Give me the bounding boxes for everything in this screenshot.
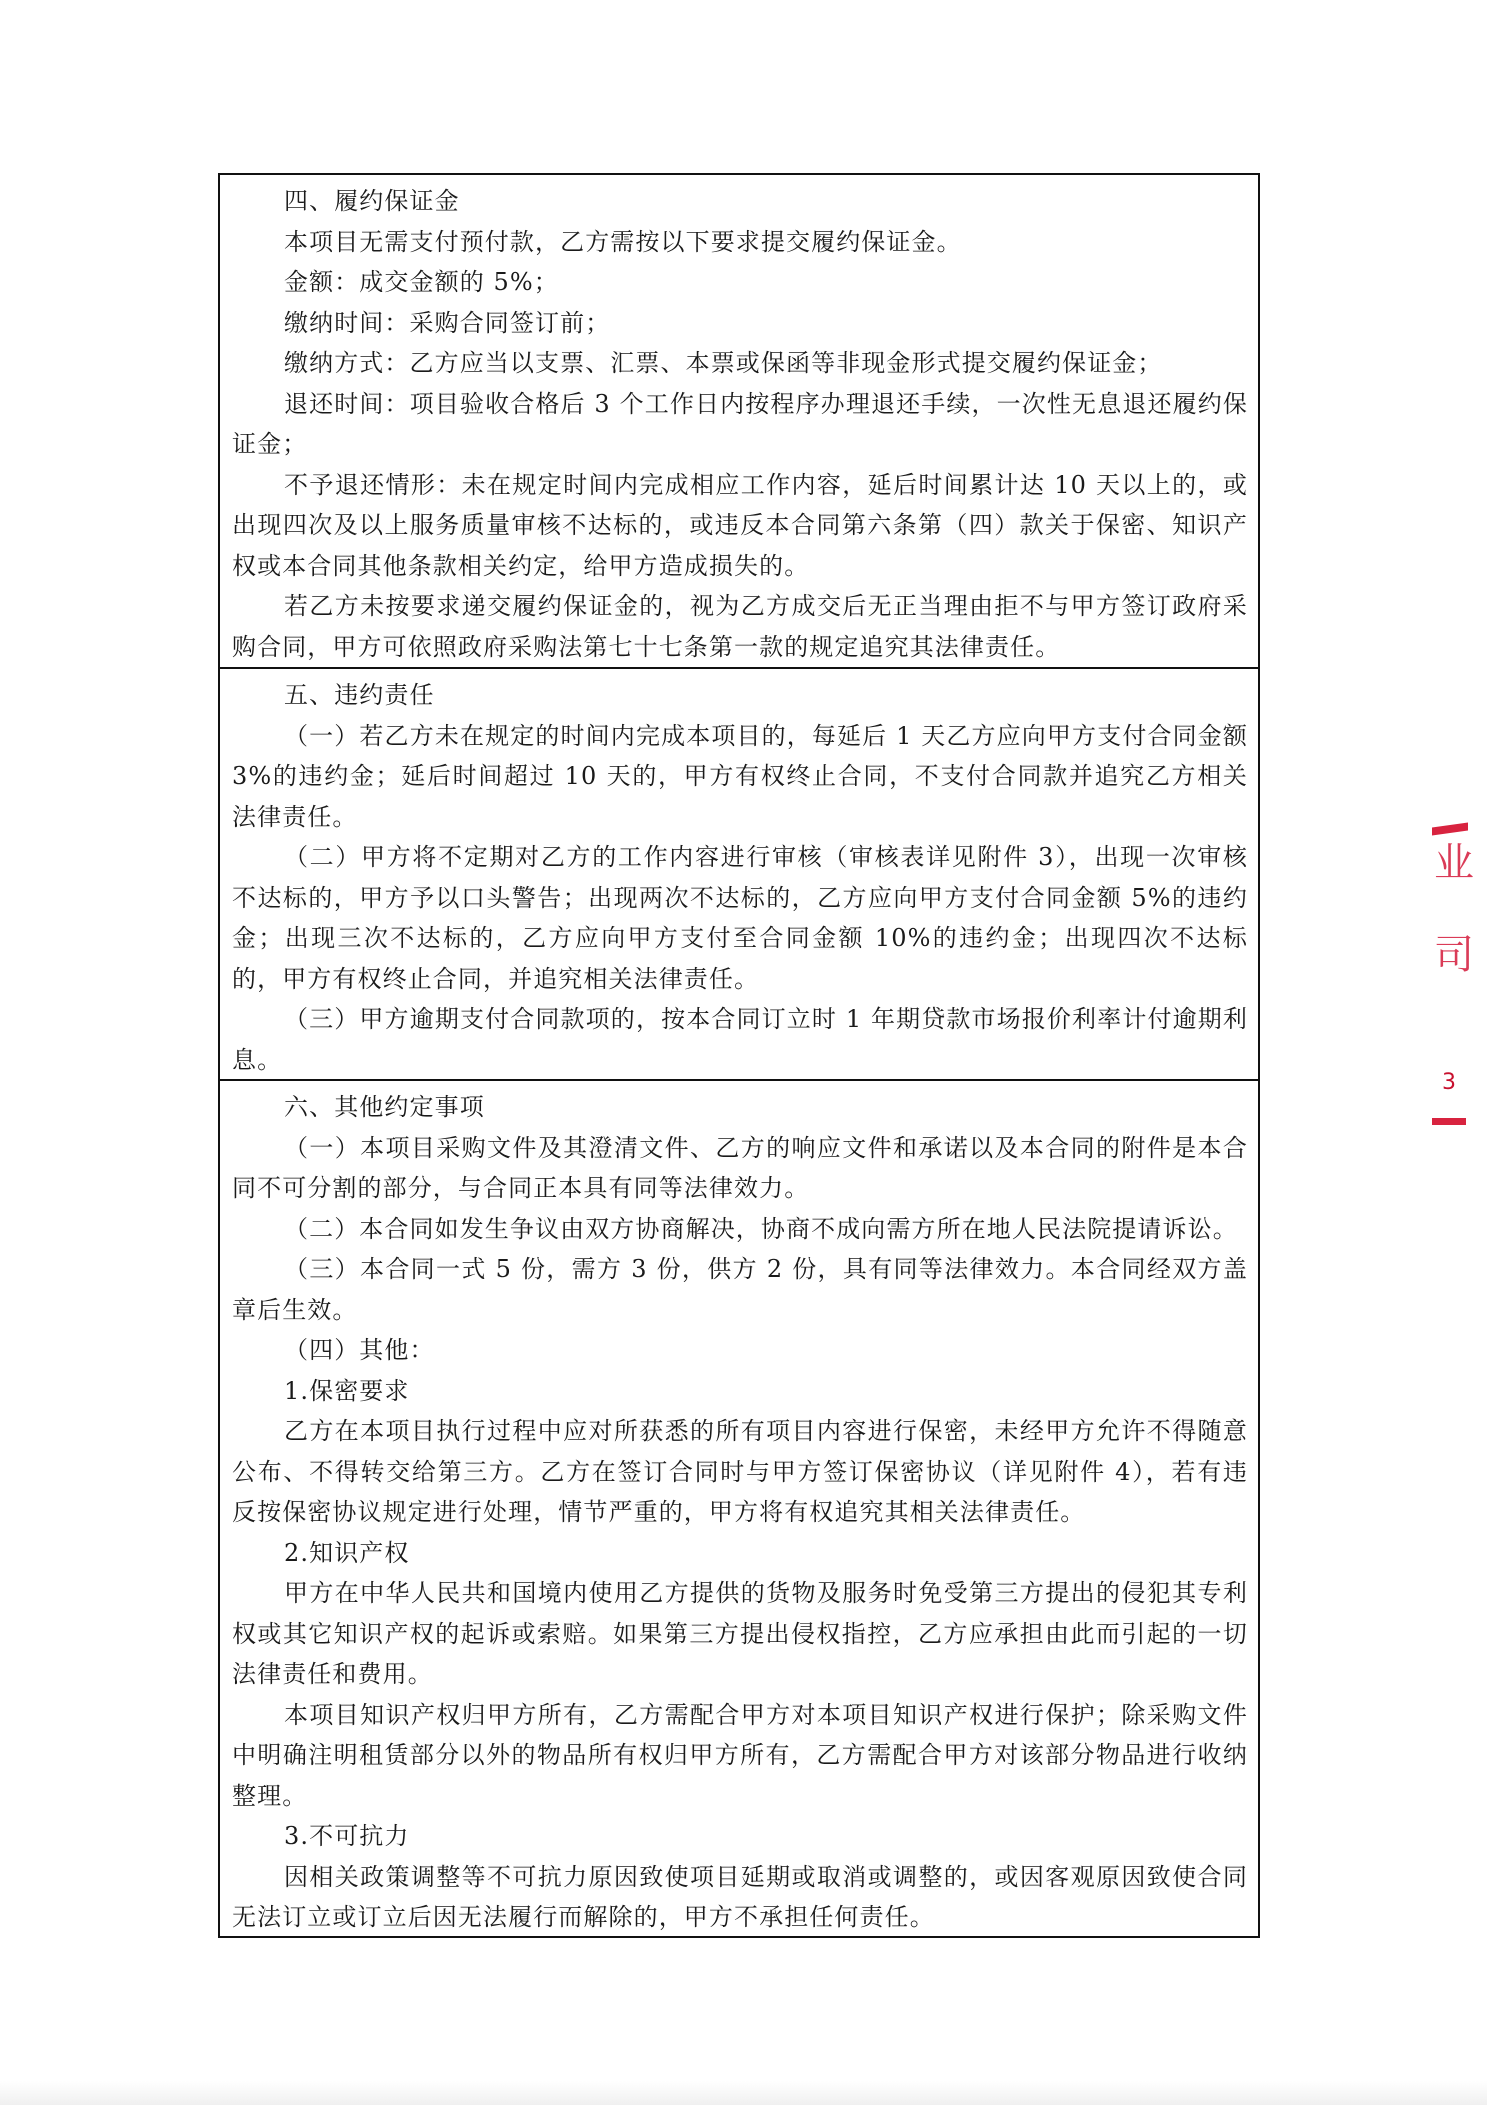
liability-clause-3: （三）甲方逾期支付合同款项的，按本合同订立时 1 年期贷款市场报价利率计付逾期利…: [232, 999, 1248, 1080]
section-other-terms: 六、其他约定事项 （一）本项目采购文件及其澄清文件、乙方的响应文件和承诺以及本合…: [220, 1081, 1258, 1936]
bond-intro: 本项目无需支付预付款，乙方需按以下要求提交履约保证金。: [232, 222, 1248, 263]
section-heading: 五、违约责任: [232, 675, 1248, 716]
section-heading: 四、履约保证金: [232, 181, 1248, 222]
seal-glyph: 司: [1434, 935, 1474, 975]
section-performance-bond: 四、履约保证金 本项目无需支付预付款，乙方需按以下要求提交履约保证金。 金额：成…: [220, 175, 1258, 669]
ip-text-1: 甲方在中华人民共和国境内使用乙方提供的货物及服务时免受第三方提出的侵犯其专利权或…: [232, 1573, 1248, 1695]
bond-amount: 金额：成交金额的 5%；: [232, 262, 1248, 303]
confidentiality-text: 乙方在本项目执行过程中应对所获悉的所有项目内容进行保密，未经甲方允许不得随意公布…: [232, 1411, 1248, 1533]
force-majeure-text: 因相关政策调整等不可抗力原因致使项目延期或取消或调整的，或因客观原因致使合同无法…: [232, 1857, 1248, 1938]
subsection-title-confidentiality: 1.保密要求: [232, 1371, 1248, 1412]
bond-failure-clause: 若乙方未按要求递交履约保证金的，视为乙方成交后无正当理由拒不与甲方签订政府采购合…: [232, 586, 1248, 667]
liability-clause-2: （二）甲方将不定期对乙方的工作内容进行审核（审核表详见附件 3），出现一次审核不…: [232, 837, 1248, 999]
subsection-title-ip: 2.知识产权: [232, 1533, 1248, 1574]
company-seal-stamp: 业 司 3: [1432, 825, 1472, 1125]
other-clause-1: （一）本项目采购文件及其澄清文件、乙方的响应文件和承诺以及本合同的附件是本合同不…: [232, 1128, 1248, 1209]
other-clause-3: （三）本合同一式 5 份，需方 3 份，供方 2 份，具有同等法律效力。本合同经…: [232, 1249, 1248, 1330]
bond-refund-time: 退还时间：项目验收合格后 3 个工作日内按程序办理退还手续，一次性无息退还履约保…: [232, 384, 1248, 465]
bond-payment-method: 缴纳方式：乙方应当以支票、汇票、本票或保函等非现金形式提交履约保证金；: [232, 343, 1248, 384]
section-heading: 六、其他约定事项: [232, 1087, 1248, 1128]
bond-non-refund-cases: 不予退还情形：未在规定时间内完成相应工作内容，延后时间累计达 10 天以上的，或…: [232, 465, 1248, 587]
seal-border-bottom: [1432, 1118, 1466, 1125]
liability-clause-1: （一）若乙方未在规定的时间内完成本项目的，每延后 1 天乙方应向甲方支付合同金额…: [232, 716, 1248, 838]
scan-edge-shadow: [0, 2081, 1487, 2105]
seal-glyph: 业: [1434, 843, 1474, 883]
seal-border-top: [1432, 822, 1468, 835]
subsection-title-force-majeure: 3.不可抗力: [232, 1816, 1248, 1857]
ip-text-2: 本项目知识产权归甲方所有，乙方需配合甲方对本项目知识产权进行保护；除采购文件中明…: [232, 1695, 1248, 1817]
other-clause-2: （二）本合同如发生争议由双方协商解决，协商不成向需方所在地人民法院提请诉讼。: [232, 1209, 1248, 1250]
seal-number: 3: [1442, 1070, 1456, 1095]
section-liability: 五、违约责任 （一）若乙方未在规定的时间内完成本项目的，每延后 1 天乙方应向甲…: [220, 669, 1258, 1081]
contract-terms-table: 四、履约保证金 本项目无需支付预付款，乙方需按以下要求提交履约保证金。 金额：成…: [218, 173, 1260, 1938]
bond-payment-time: 缴纳时间：采购合同签订前；: [232, 303, 1248, 344]
other-clause-4-heading: （四）其他：: [232, 1330, 1248, 1371]
